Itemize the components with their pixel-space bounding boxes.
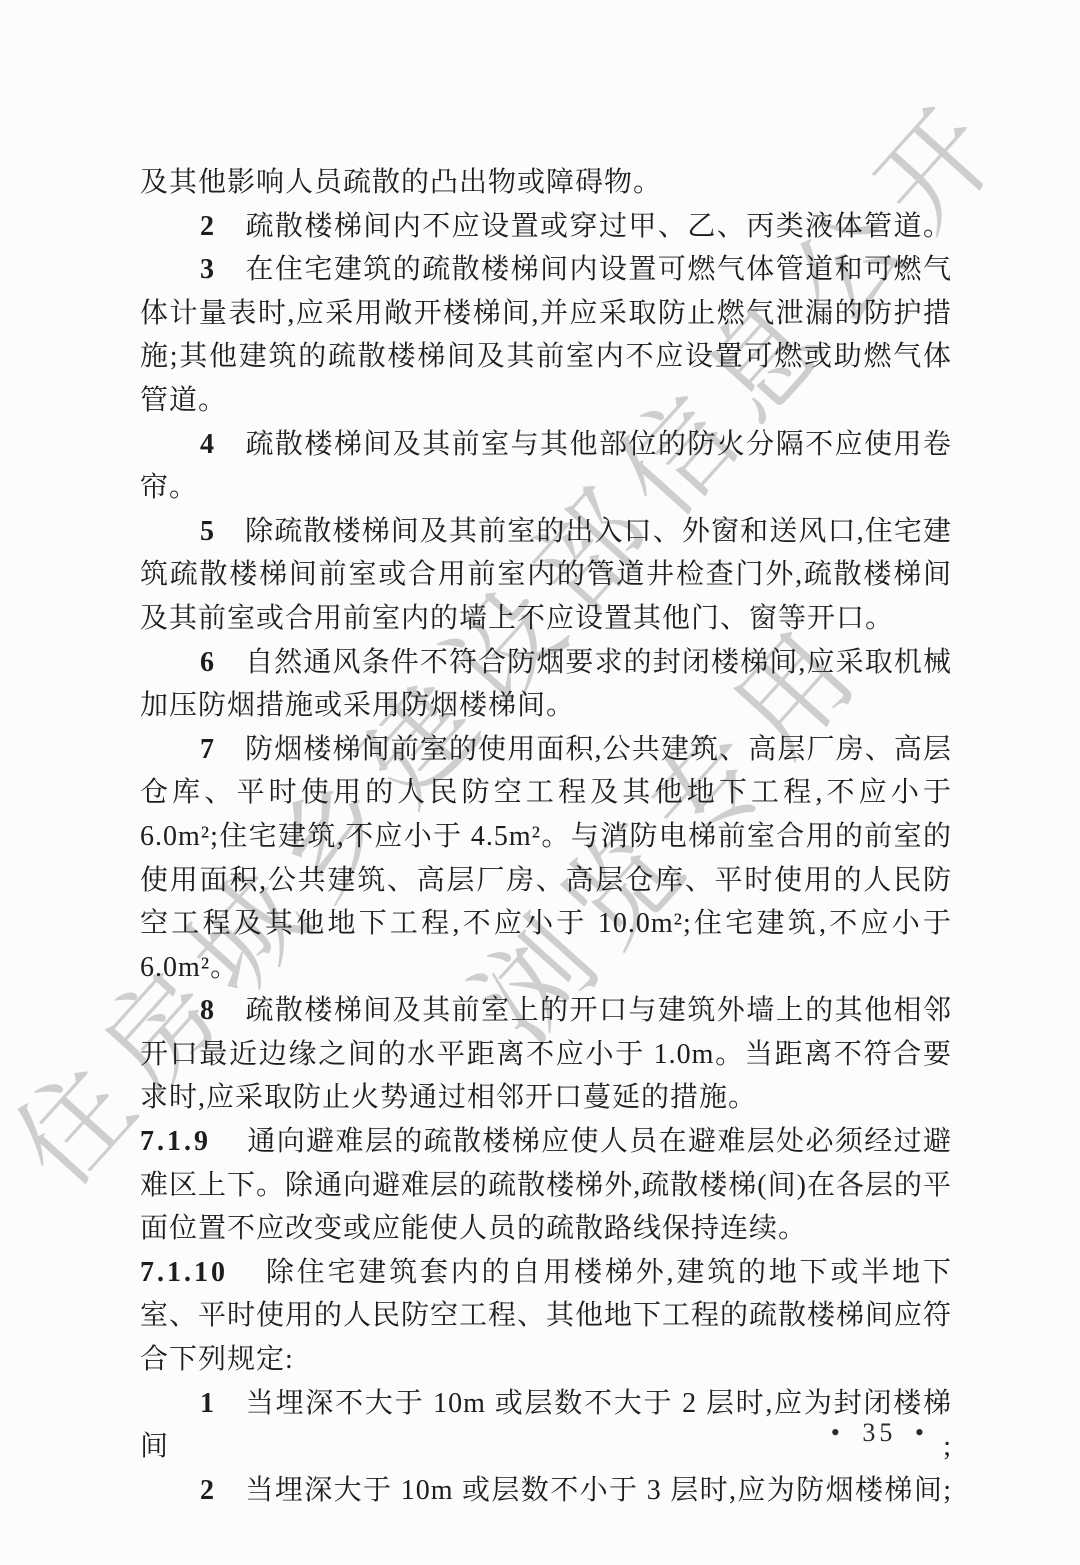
- document-body: 及其他影响人员疏散的凸出物或障碍物。 2疏散楼梯间内不应设置或穿过甲、乙、丙类液…: [140, 161, 952, 1512]
- section-7-1-10: 7.1.10除住宅建筑套内的自用楼梯外,建筑的地下或半地下室、平时使用的人民防空…: [140, 1251, 952, 1382]
- clause-item-6: 6自然通风条件不符合防烟要求的封闭楼梯间,应采取机械加压防烟措施或采用防烟楼梯间…: [140, 641, 952, 728]
- clause-text: 自然通风条件不符合防烟要求的封闭楼梯间,应采取机械加压防烟措施或采用防烟楼梯间。: [140, 647, 952, 722]
- section-number: 7.1.10: [140, 1257, 228, 1288]
- paragraph-continuation: 及其他影响人员疏散的凸出物或障碍物。: [140, 161, 952, 205]
- clause-number: 4: [200, 429, 215, 460]
- section-number: 7.1.9: [140, 1126, 211, 1157]
- clause-text: 防烟楼梯间前室的使用面积,公共建筑、高层厂房、高层仓库、平时使用的人民防空工程及…: [140, 734, 952, 983]
- clause-item-3: 3在住宅建筑的疏散楼梯间内设置可燃气体管道和可燃气体计量表时,应采用敞开楼梯间,…: [140, 248, 952, 422]
- clause-number: 8: [200, 995, 215, 1026]
- clause-text: 及其他影响人员疏散的凸出物或障碍物。: [140, 167, 662, 198]
- clause-item-5: 5除疏散楼梯间及其前室的出入口、外窗和送风口,住宅建筑疏散楼梯间前室或合用前室内…: [140, 510, 952, 641]
- document-page: 住房城乡建设部信息公开 浏览专用 及其他影响人员疏散的凸出物或障碍物。 2疏散楼…: [0, 0, 1080, 1565]
- section-text: 通向避难层的疏散楼梯应使人员在避难层处必须经过避难区上下。除通向避难层的疏散楼梯…: [140, 1126, 952, 1244]
- clause-item-4: 4疏散楼梯间及其前室与其他部位的防火分隔不应使用卷帘。: [140, 423, 952, 510]
- clause-number: 5: [200, 516, 215, 547]
- clause-text: 除疏散楼梯间及其前室的出入口、外窗和送风口,住宅建筑疏散楼梯间前室或合用前室内的…: [140, 516, 952, 634]
- clause-number: 2: [200, 1475, 215, 1506]
- clause-number: 7: [200, 734, 215, 765]
- page-number: • 35 •: [831, 1418, 928, 1448]
- clause-item-8: 8疏散楼梯间及其前室上的开口与建筑外墙上的其他相邻开口最近边缘之间的水平距离不应…: [140, 989, 952, 1120]
- clause-item-7: 7防烟楼梯间前室的使用面积,公共建筑、高层厂房、高层仓库、平时使用的人民防空工程…: [140, 728, 952, 990]
- clause-text: 疏散楼梯间内不应设置或穿过甲、乙、丙类液体管道。: [245, 211, 952, 242]
- clause-text: 当埋深大于 10m 或层数不小于 3 层时,应为防烟楼梯间;: [245, 1475, 952, 1506]
- clause-text: 疏散楼梯间及其前室与其他部位的防火分隔不应使用卷帘。: [140, 429, 952, 504]
- clause-text: 疏散楼梯间及其前室上的开口与建筑外墙上的其他相邻开口最近边缘之间的水平距离不应小…: [140, 995, 952, 1113]
- clause-number: 1: [200, 1388, 215, 1419]
- subclause-2: 2当埋深大于 10m 或层数不小于 3 层时,应为防烟楼梯间;: [140, 1469, 952, 1513]
- clause-number: 6: [200, 647, 215, 678]
- clause-text: 在住宅建筑的疏散楼梯间内设置可燃气体管道和可燃气体计量表时,应采用敞开楼梯间,并…: [140, 254, 952, 416]
- section-text: 除住宅建筑套内的自用楼梯外,建筑的地下或半地下室、平时使用的人民防空工程、其他地…: [140, 1257, 952, 1375]
- clause-item-2: 2疏散楼梯间内不应设置或穿过甲、乙、丙类液体管道。: [140, 205, 952, 249]
- clause-number: 3: [200, 254, 215, 285]
- clause-number: 2: [200, 211, 215, 242]
- section-7-1-9: 7.1.9通向避难层的疏散楼梯应使人员在避难层处必须经过避难区上下。除通向避难层…: [140, 1120, 952, 1251]
